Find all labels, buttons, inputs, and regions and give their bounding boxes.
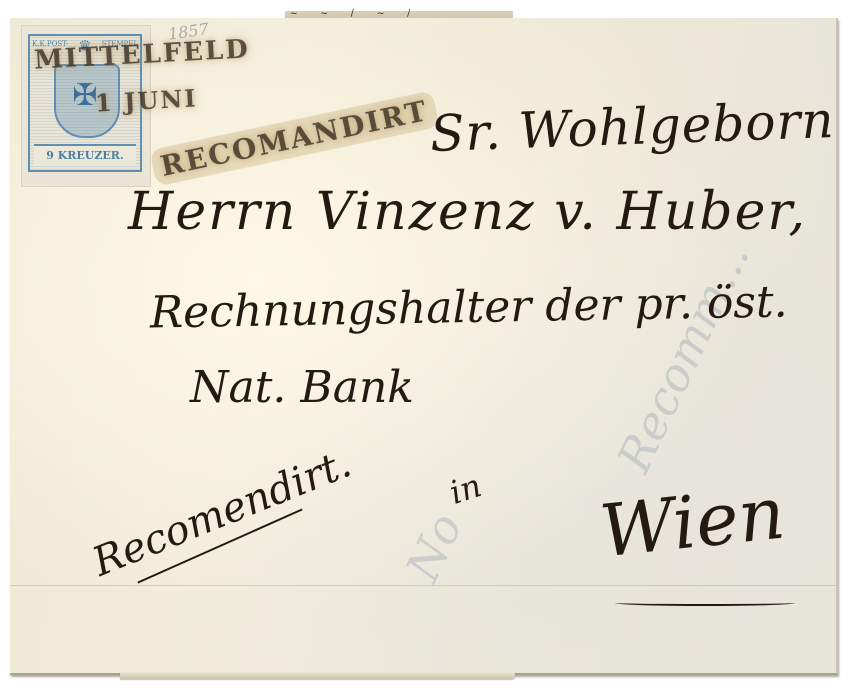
postmark-date: 1 JUNI — [94, 83, 198, 117]
letter-photo: ~ ~ / ~ / Recomm... No K.K.POST- STEMPEL… — [0, 0, 850, 697]
city-underline — [615, 600, 795, 606]
back-flap-writing: ~ ~ / ~ / — [290, 10, 440, 18]
address-name: Herrn Vinzenz v. Huber, — [128, 182, 807, 242]
stamp-value: 9 KREUZER. — [34, 144, 136, 166]
address-institution: Nat. Bank — [190, 362, 414, 413]
fold-line — [10, 585, 836, 586]
back-flap-bottom — [120, 672, 515, 679]
